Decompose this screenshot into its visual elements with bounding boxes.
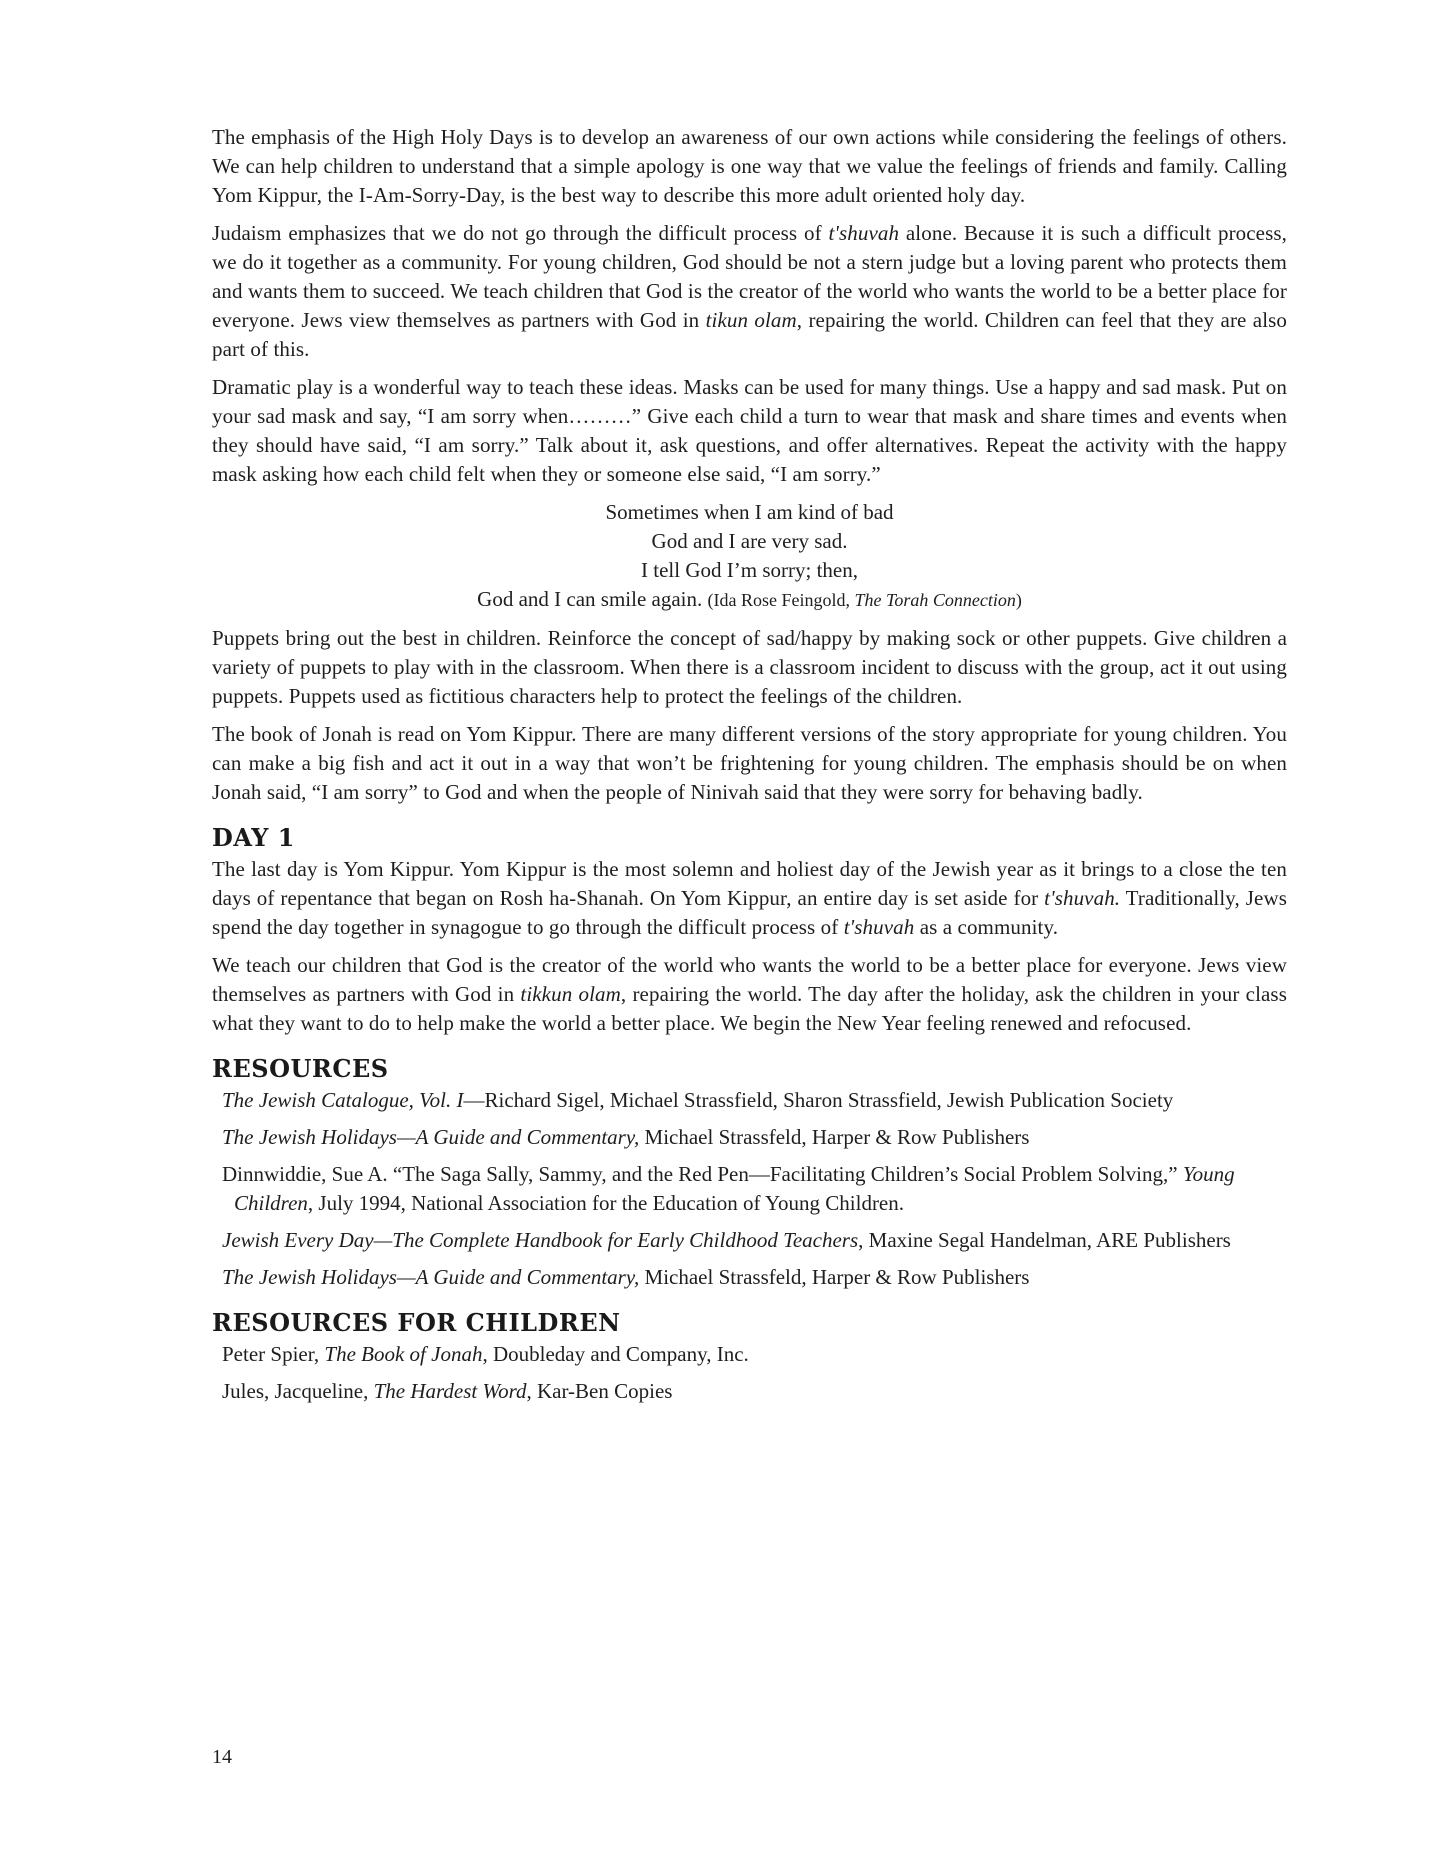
citation-close: ) [1016, 590, 1022, 610]
text: as a community. [914, 915, 1058, 939]
resources-children-section: RESOURCES FOR CHILDREN Peter Spier, The … [212, 1308, 1287, 1406]
italic-text: t'shuvah [844, 915, 915, 939]
paragraph: Judaism emphasizes that we do not go thr… [212, 219, 1287, 364]
text: , Doubleday and Company, Inc. [482, 1342, 748, 1366]
resource-item: The Jewish Holidays—A Guide and Commenta… [212, 1123, 1287, 1152]
text: Dinnwiddie, Sue A. “The Saga Sally, Samm… [222, 1162, 1183, 1186]
text: Michael Strassfeld, Harper & Row Publish… [639, 1125, 1029, 1149]
resources-section: RESOURCES The Jewish Catalogue, Vol. I—R… [212, 1054, 1287, 1292]
resource-item: Jules, Jacqueline, The Hardest Word, Kar… [212, 1377, 1287, 1406]
paragraph: We teach our children that God is the cr… [212, 951, 1287, 1038]
text: Michael Strassfeld, Harper & Row Publish… [639, 1265, 1029, 1289]
text: —Richard Sigel, Michael Strassfield, Sha… [463, 1088, 1173, 1112]
resource-item: The Jewish Holidays—A Guide and Commenta… [212, 1263, 1287, 1292]
italic-text: The Book of Jonah [324, 1342, 482, 1366]
paragraph: Puppets bring out the best in children. … [212, 624, 1287, 711]
paragraph: The emphasis of the High Holy Days is to… [212, 123, 1287, 210]
resource-item: Peter Spier, The Book of Jonah, Doubleda… [212, 1340, 1287, 1369]
poem-line: God and I are very sad. [212, 527, 1287, 556]
poem-line-text: God and I can smile again. [477, 587, 702, 611]
text: , Kar-Ben Copies [526, 1379, 672, 1403]
text: The book of Jonah is read on Yom Kippur.… [212, 722, 1287, 804]
poem-citation: (Ida Rose Feingold, The Torah Connection… [708, 590, 1022, 610]
italic-text: tikkun olam [520, 982, 621, 1006]
middle-section: Puppets bring out the best in children. … [212, 624, 1287, 807]
text: , July 1994, National Association for th… [308, 1191, 904, 1215]
text: Dramatic play is a wonderful way to teac… [212, 375, 1287, 486]
text: Jules, Jacqueline, [222, 1379, 374, 1403]
poem-line: I tell God I’m sorry; then, [212, 556, 1287, 585]
intro-section: The emphasis of the High Holy Days is to… [212, 123, 1287, 489]
poem-line: Sometimes when I am kind of bad [212, 498, 1287, 527]
italic-text: t'shuvah. [1044, 886, 1120, 910]
resource-item: Dinnwiddie, Sue A. “The Saga Sally, Samm… [212, 1160, 1287, 1218]
italic-text: The Jewish Catalogue, Vol. I [222, 1088, 463, 1112]
text: The emphasis of the High Holy Days is to… [212, 125, 1287, 207]
paragraph: The last day is Yom Kippur. Yom Kippur i… [212, 855, 1287, 942]
text: Puppets bring out the best in children. … [212, 626, 1287, 708]
day1-section: DAY 1 The last day is Yom Kippur. Yom Ki… [212, 823, 1287, 1038]
page-number: 14 [212, 1746, 232, 1769]
text: Peter Spier, [222, 1342, 324, 1366]
italic-text: The Jewish Holidays—A Guide and Commenta… [222, 1265, 639, 1289]
italic-text: Jewish Every Day—The Complete Handbook f… [222, 1228, 858, 1252]
poem-block: Sometimes when I am kind of bad God and … [212, 498, 1287, 615]
poem-last-line: God and I can smile again. (Ida Rose Fei… [212, 585, 1287, 615]
resource-item: The Jewish Catalogue, Vol. I—Richard Sig… [212, 1086, 1287, 1115]
text: Judaism emphasizes that we do not go thr… [212, 221, 828, 245]
text: , Maxine Segal Handelman, ARE Publishers [858, 1228, 1231, 1252]
section-heading-day1: DAY 1 [212, 823, 1287, 853]
citation-title: The Torah Connection [854, 590, 1015, 610]
citation-author: (Ida Rose Feingold, [708, 590, 855, 610]
resource-item: Jewish Every Day—The Complete Handbook f… [212, 1226, 1287, 1255]
italic-text: t'shuvah [828, 221, 899, 245]
section-heading-resources: RESOURCES [212, 1054, 1287, 1084]
italic-text: The Jewish Holidays—A Guide and Commenta… [222, 1125, 639, 1149]
resources-list: The Jewish Catalogue, Vol. I—Richard Sig… [212, 1086, 1287, 1292]
section-heading-resources-children: RESOURCES FOR CHILDREN [212, 1308, 1287, 1338]
paragraph: The book of Jonah is read on Yom Kippur.… [212, 720, 1287, 807]
italic-text: The Hardest Word [374, 1379, 527, 1403]
italic-text: tikun olam [706, 308, 797, 332]
resources-children-list: Peter Spier, The Book of Jonah, Doubleda… [212, 1340, 1287, 1406]
page-content: The emphasis of the High Holy Days is to… [212, 123, 1287, 1414]
paragraph: Dramatic play is a wonderful way to teac… [212, 373, 1287, 489]
